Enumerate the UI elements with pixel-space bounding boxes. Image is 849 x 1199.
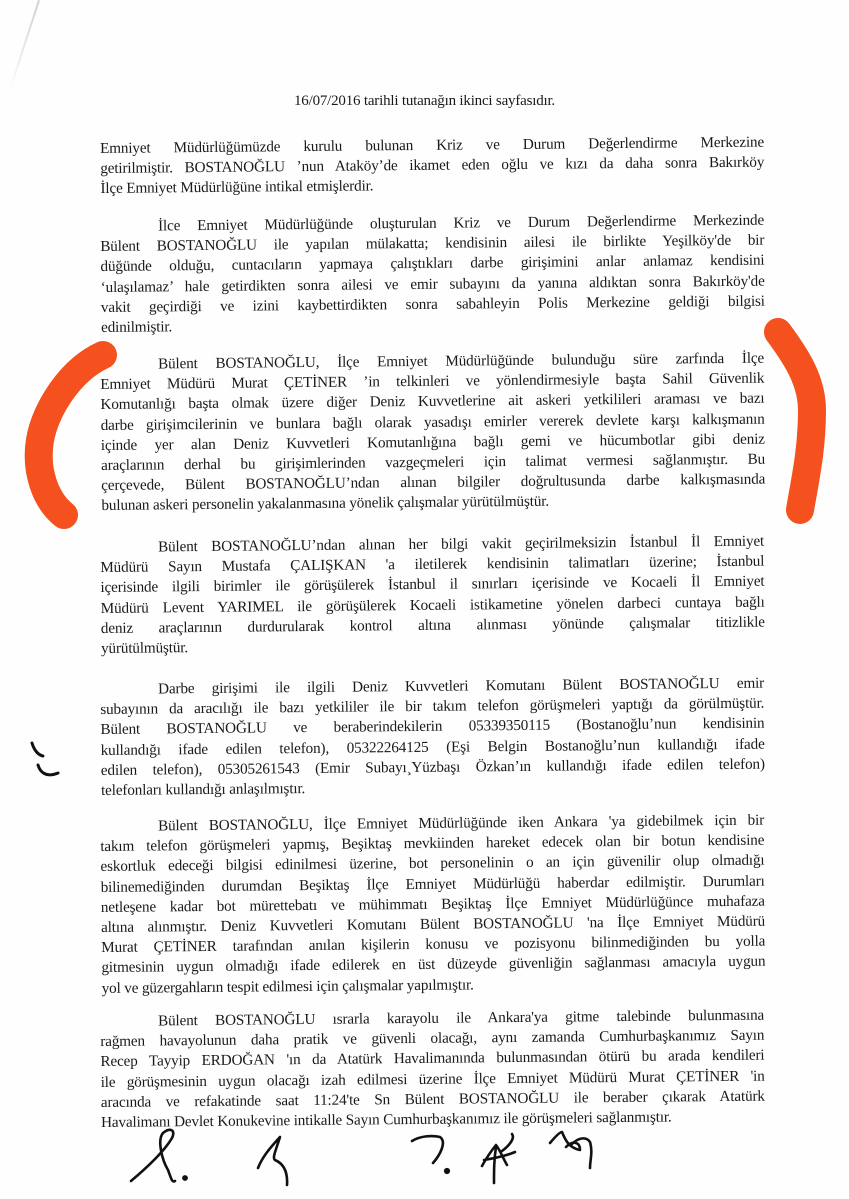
signature-area bbox=[0, 0, 849, 1199]
signature-3 bbox=[412, 1136, 443, 1163]
signature-2 bbox=[258, 1137, 287, 1185]
signature-1 bbox=[131, 1130, 175, 1182]
signature-3-dot bbox=[445, 1169, 449, 1173]
signature-5 bbox=[550, 1132, 591, 1168]
scanned-document-page: 16/07/2016 tarihli tutanağın ikinci sayf… bbox=[0, 0, 849, 1199]
signature-4 bbox=[482, 1134, 515, 1183]
signature-1-dot bbox=[183, 1176, 186, 1179]
